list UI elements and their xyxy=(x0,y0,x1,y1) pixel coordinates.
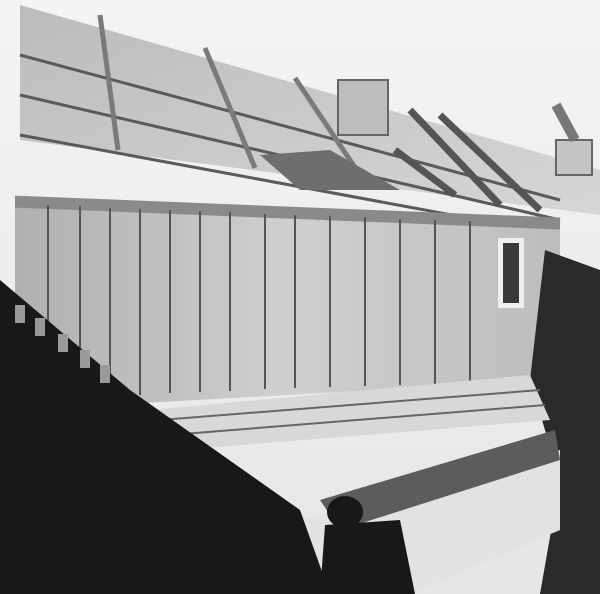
photographer-shadow-body xyxy=(320,520,415,594)
photograph xyxy=(0,0,600,594)
window-pane xyxy=(503,243,519,303)
chimney xyxy=(338,80,388,135)
photo-scene xyxy=(0,0,600,594)
chimney-right xyxy=(556,140,592,175)
